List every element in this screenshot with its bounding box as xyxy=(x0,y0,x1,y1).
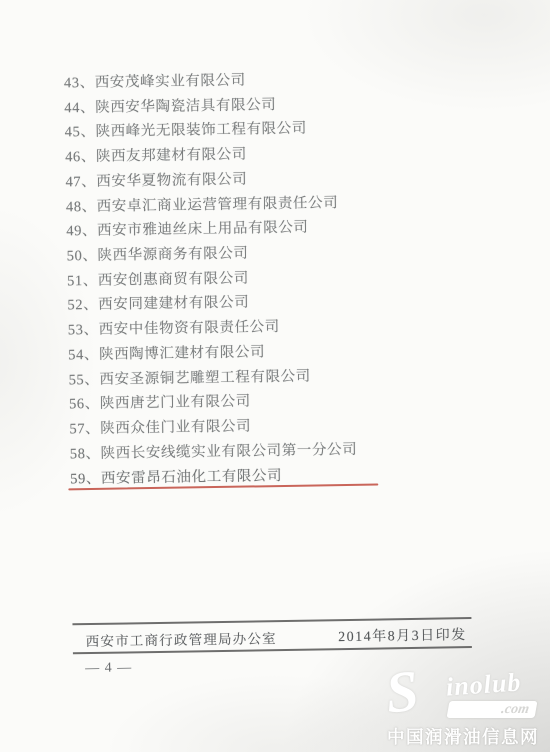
watermark-dotcom-badge: .com xyxy=(447,701,538,718)
sinolub-watermark: S inolub .com 中国润滑油信息网 xyxy=(382,664,550,752)
watermark-script-text: inolub xyxy=(445,667,522,702)
watermark-site-name: 中国润滑油信息网 xyxy=(387,724,547,749)
scanned-page-content: 43、西安茂峰实业有限公司44、陕西安华陶瓷洁具有限公司45、陕西峰光无限装饰工… xyxy=(0,0,550,752)
issuing-office: 西安市工商行政管理局办公室 xyxy=(86,627,277,650)
company-list: 43、西安茂峰实业有限公司44、陕西安华陶瓷洁具有限公司45、陕西峰光无限装饰工… xyxy=(64,67,358,492)
page-number: — 4 — xyxy=(85,660,132,677)
list-item: 59、西安雷昂石油化工有限公司 xyxy=(70,462,358,491)
watermark-initial: S xyxy=(383,660,421,723)
print-date: 2014年8月3日印发 xyxy=(338,624,467,646)
